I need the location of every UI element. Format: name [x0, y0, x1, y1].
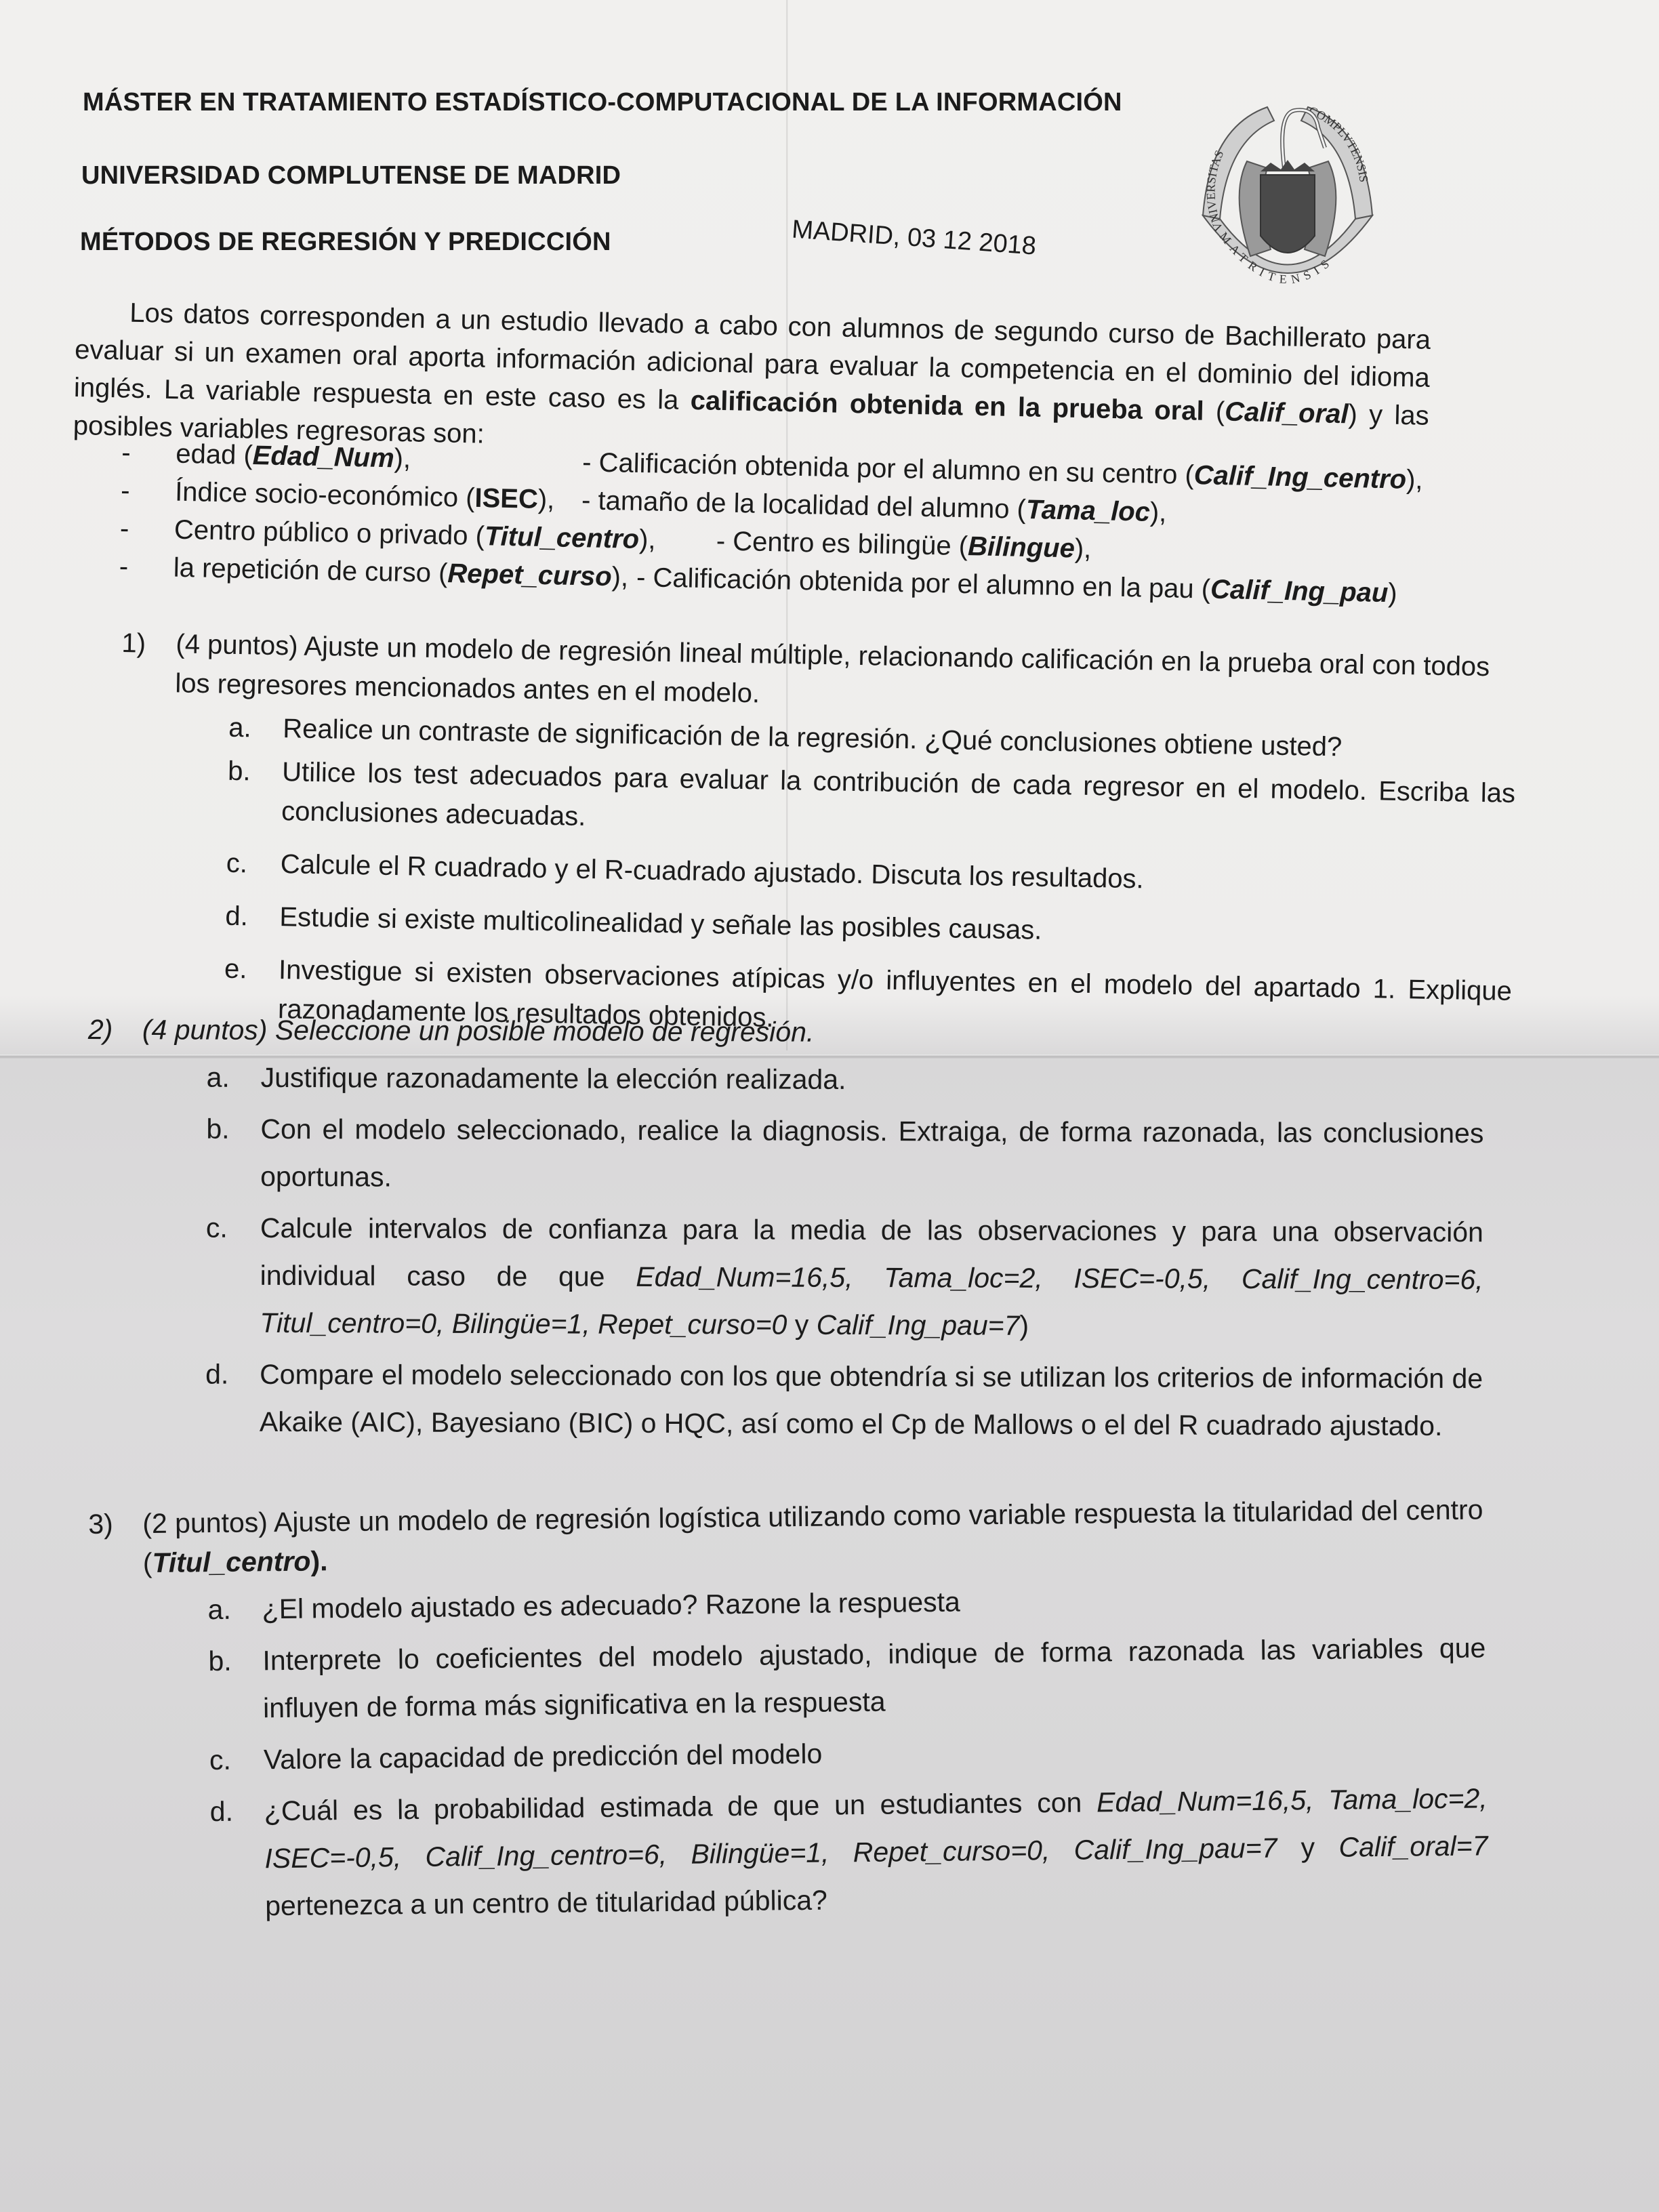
- university-seal-icon: VNIVERSITAS COMPLVTENSIS MATRITENSIS: [1183, 87, 1393, 304]
- regressor-variable-list: - edad (Edad_Num), - Calificación obteni…: [119, 434, 1443, 613]
- list-item: d.¿Cuál es la probabilidad estimada de q…: [209, 1774, 1488, 1930]
- list-item: c.Calcule intervalos de confianza para l…: [205, 1204, 1483, 1351]
- question-number: 1): [121, 623, 176, 703]
- course-title: MÉTODOS DE REGRESIÓN Y PREDICCIÓN: [80, 228, 611, 257]
- response-variable-name: Calif_oral: [1225, 397, 1349, 430]
- list-item: b.Interprete lo coeficientes del modelo …: [208, 1624, 1486, 1732]
- question-text: (2 puntos) Ajuste un modelo de regresión…: [142, 1490, 1485, 1582]
- list-item: d.Compare el modelo seleccionado con los…: [205, 1351, 1483, 1450]
- exam-date: MADRID, 03 12 2018: [791, 215, 1037, 261]
- question-text: (4 puntos) Seleccione un posible modelo …: [142, 1010, 1484, 1054]
- response-variable-label: calificación obtenida en la prueba oral: [690, 386, 1204, 426]
- question-1: 1) (4 puntos) Ajuste un modelo de regres…: [115, 623, 1518, 1050]
- master-title: MÁSTER EN TRATAMIENTO ESTADÍSTICO-COMPUT…: [83, 88, 1122, 117]
- exam-document: MÁSTER EN TRATAMIENTO ESTADÍSTICO-COMPUT…: [0, 0, 1659, 2212]
- list-item: c.Calcule el R cuadrado y el R-cuadrado …: [226, 844, 1514, 905]
- list-item: d.Estudie si existe multicolinealidad y …: [225, 897, 1513, 958]
- list-item: c.Valore la capacidad de predicción del …: [209, 1723, 1488, 1784]
- list-item: a.Justifique razonadamente la elección r…: [207, 1054, 1484, 1106]
- university-name: UNIVERSIDAD COMPLUTENSE DE MADRID: [81, 161, 621, 190]
- list-item: b.Utilice los test adecuados para evalua…: [227, 752, 1516, 853]
- question-2: 2) (4 puntos) Seleccione un posible mode…: [87, 1010, 1484, 1450]
- list-item: b.Con el modelo seleccionado, realice la…: [206, 1105, 1483, 1205]
- question-3: 3) (2 puntos) Ajuste un modelo de regres…: [88, 1490, 1488, 1931]
- question-number: 2): [88, 1010, 142, 1049]
- list-item: a.¿El modelo ajustado es adecuado? Razon…: [207, 1572, 1486, 1633]
- question-number: 3): [88, 1504, 143, 1583]
- intro-text: (: [1204, 396, 1225, 427]
